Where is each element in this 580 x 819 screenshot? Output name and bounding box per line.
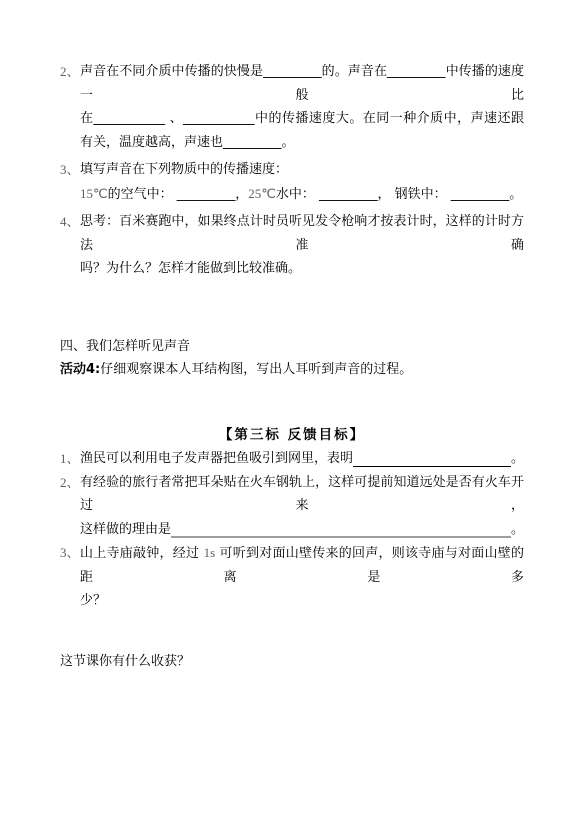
question-line: 思考：百米赛跑中，如果终点计时员听见发令枪响才按表计时，这样的计时方法准确 bbox=[80, 210, 524, 257]
answer-blank-line bbox=[353, 447, 511, 467]
question-period: 。 bbox=[511, 518, 524, 542]
question-line: 有关，温度越高，声速也_________。 bbox=[80, 131, 524, 155]
feedback-section-header: 【第三标 反馈目标】 bbox=[60, 424, 524, 448]
worksheet-content: 2、 声音在不同介质中传播的快慢是_________的。声音在_________… bbox=[60, 60, 524, 673]
temperature-value: 25℃ bbox=[248, 186, 276, 201]
item-number: 2、 bbox=[60, 60, 80, 84]
feedback-item-2: 2、 有经验的旅行者常把耳朵贴在火车钢轨上，这样可提前知道远处是否有火车开过来，… bbox=[60, 471, 524, 542]
question-line: 声音在不同介质中传播的快慢是_________的。声音在_________中传播… bbox=[80, 60, 524, 107]
question-text: 山上寺庙敲钟，经过 bbox=[80, 546, 204, 561]
question-line: 有经验的旅行者常把耳朵贴在火车钢轨上，这样可提前知道远处是否有火车开过来， bbox=[80, 471, 524, 518]
question-text: 水中： _________， 钢铁中： _________。 bbox=[276, 187, 522, 202]
item-number: 2、 bbox=[60, 471, 80, 495]
question-line: 这样做的理由是 。 bbox=[80, 518, 524, 542]
activity-text: 仔细观察课本人耳结构图，写出人耳听到声音的过程。 bbox=[100, 362, 412, 377]
item-number: 3、 bbox=[60, 158, 80, 182]
question-line: 渔民可以利用电子发声器把鱼吸引到网里，表明 。 bbox=[80, 447, 524, 471]
question-line: 山上寺庙敲钟，经过 1s 可听到对面山壁传来的回声，则该寺庙与对面山壁的距离是多 bbox=[80, 541, 524, 589]
time-value: 1s bbox=[204, 545, 216, 560]
question-text: 这样做的理由是 bbox=[80, 518, 171, 542]
activity-label: 活动4: bbox=[60, 362, 100, 377]
question-line: 吗？为什么？怎样才能做到比较准确。 bbox=[80, 257, 524, 281]
worksheet-page: 2、 声音在不同介质中传播的快慢是_________的。声音在_________… bbox=[0, 0, 580, 819]
answer-blank-line-grey bbox=[171, 518, 511, 539]
section-heading-hearing: 四、我们怎样听见声音 bbox=[60, 335, 524, 359]
question-text: 渔民可以利用电子发声器把鱼吸引到网里，表明 bbox=[80, 447, 353, 471]
question-item-3: 3、 填写声音在下列物质中的传播速度： 15℃的空气中： _________，2… bbox=[60, 158, 524, 206]
question-item-4: 4、 思考：百米赛跑中，如果终点计时员听见发令枪响才按表计时，这样的计时方法准确… bbox=[60, 210, 524, 281]
question-line: 15℃的空气中： _________，25℃水中： _________， 钢铁中… bbox=[80, 182, 524, 207]
item-number: 4、 bbox=[60, 210, 80, 234]
closing-question: 这节课你有什么收获？ bbox=[60, 650, 524, 674]
temperature-value: 15℃ bbox=[80, 186, 108, 201]
feedback-item-1: 1、 渔民可以利用电子发声器把鱼吸引到网里，表明 。 bbox=[60, 447, 524, 471]
item-number: 1、 bbox=[60, 447, 80, 471]
question-item-2: 2、 声音在不同介质中传播的快慢是_________的。声音在_________… bbox=[60, 60, 524, 154]
question-period: 。 bbox=[511, 447, 524, 471]
question-text: 的空气中： _________， bbox=[108, 187, 249, 202]
question-line: 在___________ 、___________中的传播速度大。在同一种介质中… bbox=[80, 107, 524, 131]
activity-line: 活动4:仔细观察课本人耳结构图，写出人耳听到声音的过程。 bbox=[60, 358, 524, 382]
question-line: 填写声音在下列物质中的传播速度： bbox=[80, 158, 524, 182]
feedback-item-3: 3、 山上寺庙敲钟，经过 1s 可听到对面山壁传来的回声，则该寺庙与对面山壁的距… bbox=[60, 541, 524, 613]
question-line: 少？ bbox=[80, 589, 524, 613]
item-number: 3、 bbox=[60, 541, 80, 565]
